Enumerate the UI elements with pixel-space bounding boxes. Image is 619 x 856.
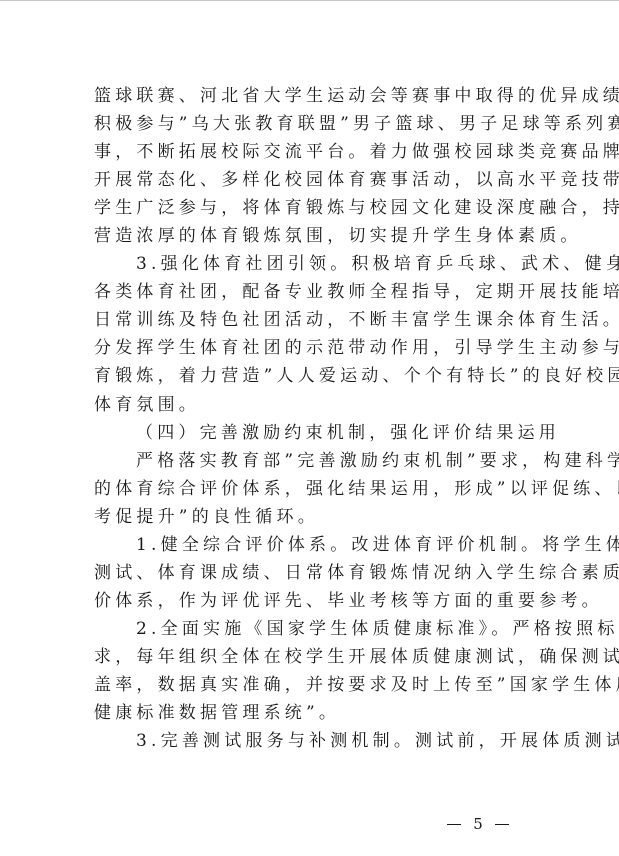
text-line: 学生广泛参与，将体育锻炼与校园文化建设深度融合，持续	[94, 194, 524, 222]
text-line: 开展常态化、多样化校园体育赛事活动，以高水平竞技带动	[94, 166, 524, 194]
text-line: 体育氛围。	[94, 391, 524, 419]
paragraph-start-line: 严格落实教育部”完善激励约束机制”要求，构建科学	[94, 447, 524, 475]
page-number-left-dash	[447, 824, 461, 825]
section-heading: （四）完善激励约束机制，强化评价结果运用	[94, 419, 524, 447]
text-line: 营造浓厚的体育锻炼氛围，切实提升学生身体素质。	[94, 222, 524, 250]
paragraph-start-line: 3.完善测试服务与补测机制。测试前，开展体质测试培	[94, 727, 524, 755]
text-line: 测试、体育课成绩、日常体育锻炼情况纳入学生综合素质评	[94, 559, 524, 587]
paragraph-start-line: 3.强化体育社团引领。积极培育乒乓球、武术、健身等	[94, 250, 524, 278]
text-line: 价体系，作为评优评先、毕业考核等方面的重要参考。	[94, 587, 524, 615]
page-number-right-dash	[495, 824, 509, 825]
text-line: 考促提升”的良性循环。	[94, 503, 524, 531]
text-line: 积极参与”乌大张教育联盟”男子篮球、男子足球等系列赛	[94, 110, 524, 138]
text-line: 育锻炼，着力营造”人人爱运动、个个有特长”的良好校园	[94, 362, 524, 390]
text-line: 各类体育社团，配备专业教师全程指导，定期开展技能培训、	[94, 278, 524, 306]
text-line: 分发挥学生体育社团的示范带动作用，引导学生主动参与体	[94, 334, 524, 362]
document-body: 篮球联赛、河北省大学生运动会等赛事中取得的优异成绩， 积极参与”乌大张教育联盟”…	[94, 82, 524, 755]
text-line: 盖率，数据真实准确，并按要求及时上传至”国家学生体质	[94, 671, 524, 699]
top-border-rule	[0, 0, 619, 1]
page-number-value: 5	[473, 815, 483, 833]
text-line: 篮球联赛、河北省大学生运动会等赛事中取得的优异成绩，	[94, 82, 524, 110]
paragraph-start-line: 2.全面实施《国家学生体质健康标准》。严格按照标准要	[94, 615, 524, 643]
paragraph-start-line: 1.健全综合评价体系。改进体育评价机制。将学生体质	[94, 531, 524, 559]
page-number: 5	[447, 814, 509, 834]
text-line: 的体育综合评价体系，强化结果运用，形成”以评促练、以	[94, 475, 524, 503]
text-line: 求，每年组织全体在校学生开展体质健康测试，确保测试覆	[94, 643, 524, 671]
text-line: 事，不断拓展校际交流平台。着力做强校园球类竞赛品牌，	[94, 138, 524, 166]
text-line: 健康标准数据管理系统”。	[94, 699, 524, 727]
text-line: 日常训练及特色社团活动，不断丰富学生课余体育生活。充	[94, 306, 524, 334]
